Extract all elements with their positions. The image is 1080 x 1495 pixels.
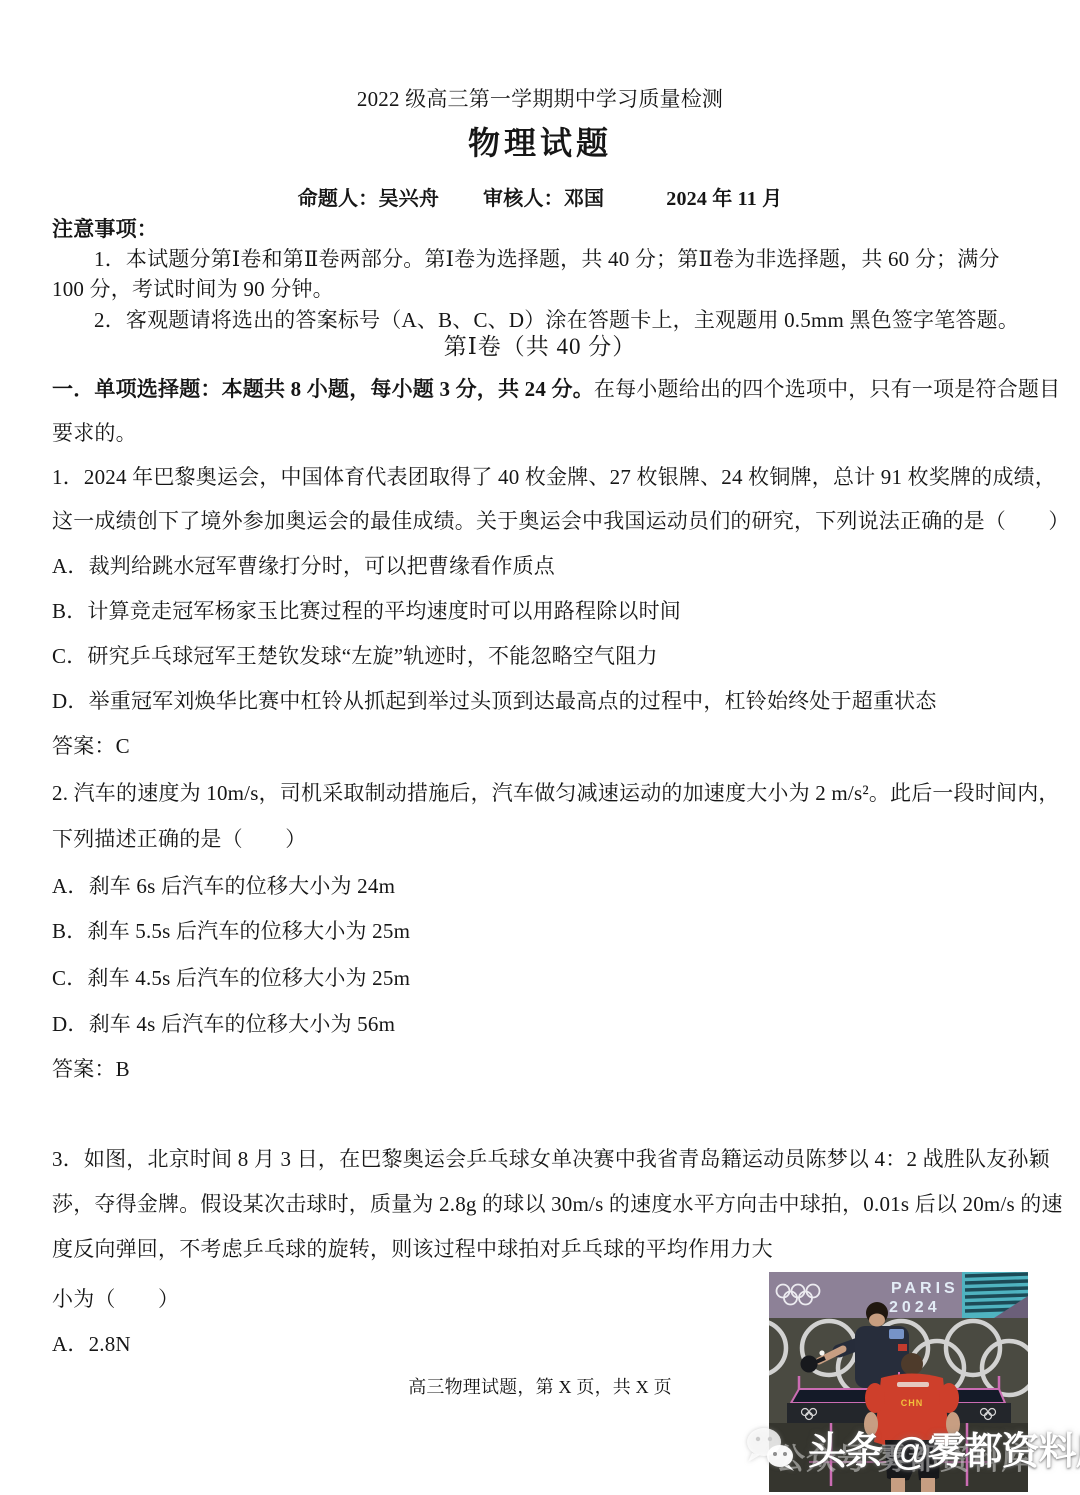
question1-line1: 1．2024 年巴黎奥运会，中国体育代表团取得了 40 枚金牌、27 枚银牌、2… bbox=[52, 462, 1042, 492]
section1-intro-line1: 一．单项选择题：本题共 8 小题，每小题 3 分，共 24 分。在每小题给出的四… bbox=[52, 374, 1042, 404]
reviewer-label: 审核人：邓国 bbox=[483, 188, 604, 210]
question1-option-a: A．裁判给跳水冠军曹缘打分时，可以把曹缘看作质点 bbox=[52, 551, 1042, 581]
notice-item2: 2．客观题请将选出的答案标号（A、B、C、D）涂在答题卡上，主观题用 0.5mm… bbox=[52, 305, 1080, 335]
section1-intro-regular: 在每小题给出的四个选项中，只有一项是符合题目 bbox=[594, 377, 1060, 401]
question2-line1: 2. 汽车的速度为 10m/s，司机采取制动措施后，汽车做匀减速运动的加速度大小… bbox=[52, 778, 1042, 808]
notice-heading: 注意事项： bbox=[52, 214, 1042, 244]
exam-date: 2024 年 11 月 bbox=[666, 188, 782, 210]
paris-year-text: 2024 bbox=[889, 1299, 941, 1316]
question2-line2: 下列描述正确的是（ ） bbox=[52, 824, 1042, 854]
page-title: 物理试题 bbox=[0, 128, 1080, 158]
jersey-chn-text: CHN bbox=[901, 1398, 924, 1408]
question2-option-a: A．刹车 6s 后汽车的位移大小为 24m bbox=[52, 871, 1042, 901]
question2-option-d: D．刹车 4s 后汽车的位移大小为 56m bbox=[52, 1009, 1042, 1039]
teal-panel bbox=[962, 1272, 1028, 1318]
question3-line2: 莎，夺得金牌。假设某次击球时，质量为 2.8g 的球以 30m/s 的速度水平方… bbox=[52, 1189, 1042, 1219]
question1-line2: 这一成绩创下了境外参加奥运会的最佳成绩。关于奥运会中我国运动员们的研究，下列说法… bbox=[52, 506, 1042, 536]
notice-item1-line2: 100 分，考试时间为 90 分钟。 bbox=[52, 274, 1042, 304]
question1-option-d: D．举重冠军刘焕华比赛中杠铃从抓起到举过头顶到达最高点的过程中，杠铃始终处于超重… bbox=[52, 686, 1042, 716]
setter-label: 命题人：吴兴舟 bbox=[298, 188, 439, 210]
question1-answer: 答案：C bbox=[52, 731, 1042, 761]
section1-intro-line2: 要求的。 bbox=[52, 418, 1042, 448]
question3-line1: 3．如图，北京时间 8 月 3 日，在巴黎奥运会乒乓球女单决赛中我省青岛籍运动员… bbox=[52, 1144, 1042, 1174]
question1-option-b: B．计算竞走冠军杨家玉比赛过程的平均速度时可以用路程除以时间 bbox=[52, 596, 1042, 626]
paris-signage-text: PARIS bbox=[891, 1280, 959, 1297]
question1-option-c: C．研究乒乓球冠军王楚钦发球“左旋”轨迹时，不能忽略空气阻力 bbox=[52, 641, 1042, 671]
exam-document-page: 2022 级高三第一学期期中学习质量检测 物理试题 命题人：吴兴舟审核人：邓国2… bbox=[0, 0, 1080, 1495]
question2-option-b: B．刹车 5.5s 后汽车的位移大小为 25m bbox=[52, 916, 1042, 946]
section1-intro-bold: 一．单项选择题：本题共 8 小题，每小题 3 分，共 24 分。 bbox=[52, 377, 594, 401]
school-session-line: 2022 级高三第一学期期中学习质量检测 bbox=[0, 84, 1080, 114]
question3-line3: 度反向弹回，不考虑乒乓球的旋转，则该过程中球拍对乒乓球的平均作用力大 bbox=[52, 1234, 1042, 1264]
exam-meta-line: 命题人：吴兴舟审核人：邓国2024 年 11 月 bbox=[0, 184, 1080, 214]
channel-watermark: 头条 @雾都资料库 bbox=[808, 1420, 1080, 1475]
notice-item1-line1: 1．本试题分第Ⅰ卷和第Ⅱ卷两部分。第Ⅰ卷为选择题，共 40 分；第Ⅱ卷为非选择题… bbox=[52, 244, 1080, 274]
question2-answer: 答案：B bbox=[52, 1054, 1042, 1084]
question2-option-c: C．刹车 4.5s 后汽车的位移大小为 25m bbox=[52, 963, 1042, 993]
section1-heading: 第Ⅰ卷（共 40 分） bbox=[0, 332, 1080, 362]
wechat-icon bbox=[742, 1424, 796, 1472]
